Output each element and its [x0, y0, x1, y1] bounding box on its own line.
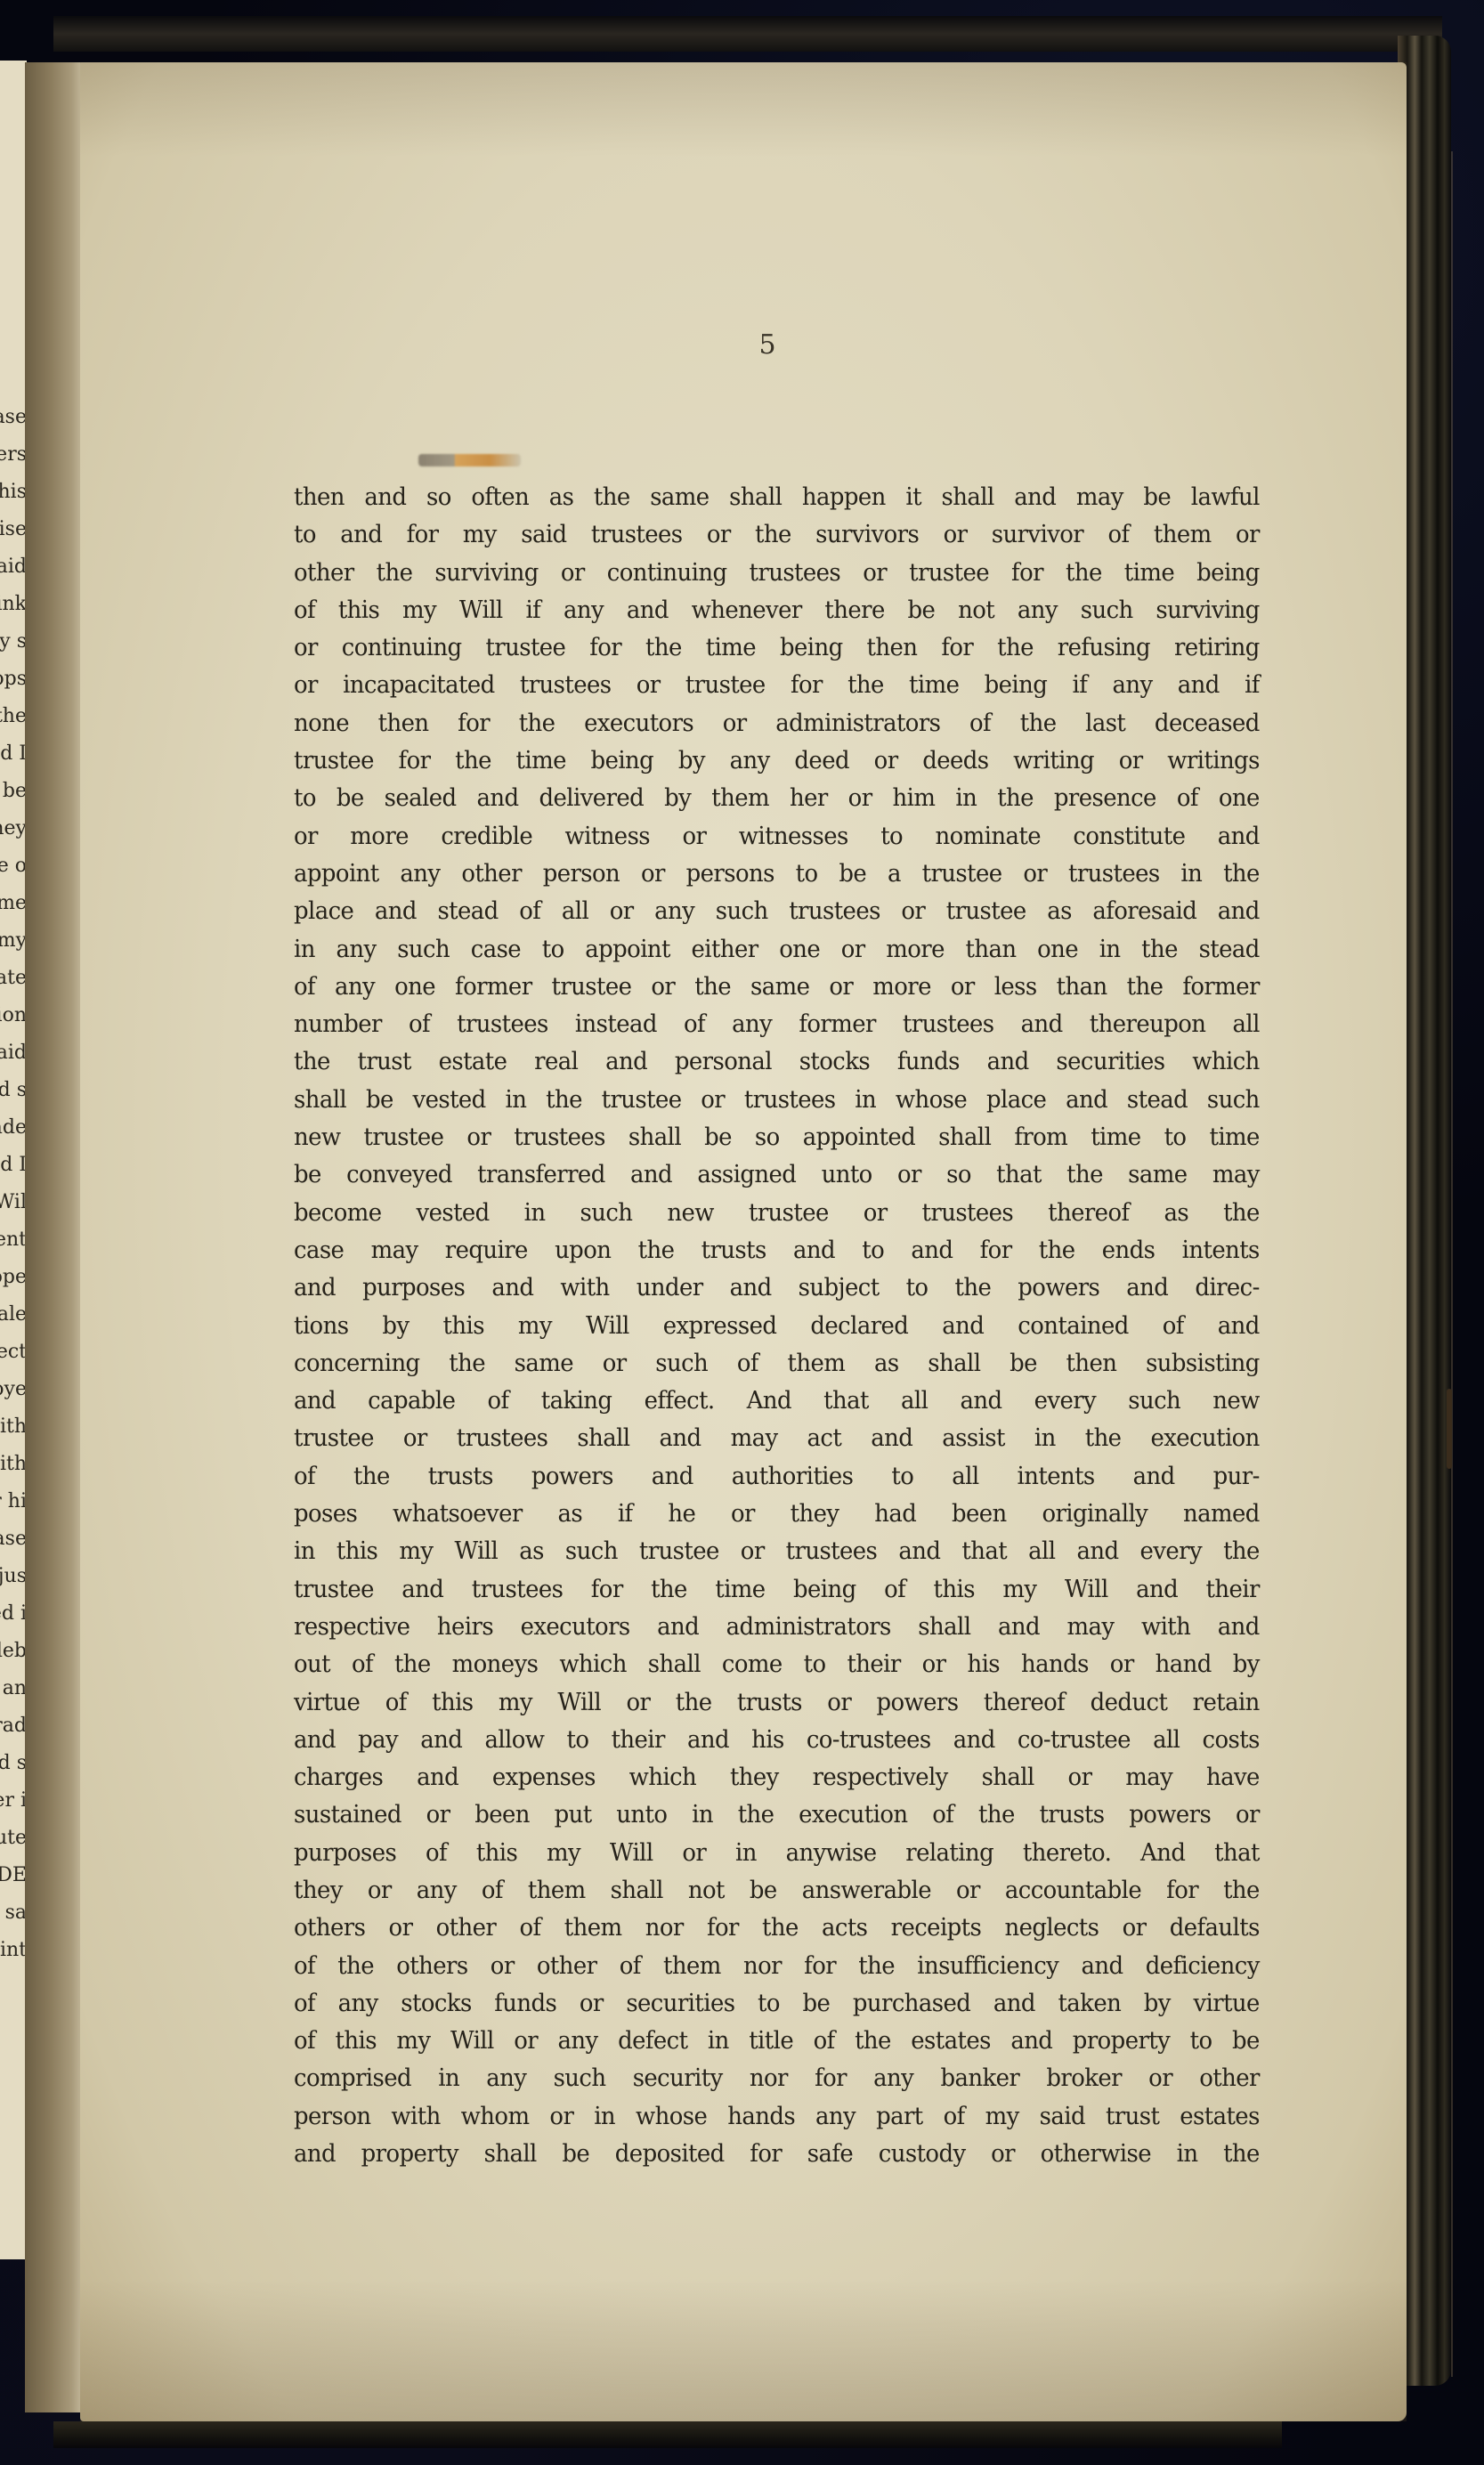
text-line: and purposes and with under and subject …	[294, 1269, 1260, 1307]
previous-page-line-fragment: sa	[0, 1894, 27, 1932]
previous-page-line-fragment: tion	[0, 997, 27, 1034]
previous-page-line-fragment: with	[0, 1408, 27, 1446]
text-line: of this my Will if any and whenever ther…	[294, 592, 1260, 629]
previous-page-line-fragment: vise.	[0, 511, 27, 548]
text-line: respective heirs executors and administr…	[294, 1609, 1260, 1646]
previous-page-text: easehersthisvise.saidhinky shopsthead Il…	[0, 399, 27, 1969]
gutter-shadow	[25, 62, 87, 2412]
previous-page-line-fragment: nd I	[0, 1147, 27, 1184]
previous-page-line-fragment: DE	[0, 1857, 27, 1894]
text-line: purposes of this my Will or in anywise r…	[294, 1835, 1260, 1872]
text-line: or incapacitated trustees or trustee for…	[294, 667, 1260, 704]
text-line: and pay and allow to their and his co-tr…	[294, 1722, 1260, 1759]
text-line: then and so often as the same shall happ…	[294, 479, 1260, 516]
previous-page-line-fragment: nase	[0, 1520, 27, 1558]
text-line: to be sealed and delivered by them her o…	[294, 780, 1260, 817]
previous-page-line-fragment: ope	[0, 1259, 27, 1296]
text-line: other the surviving or continuing truste…	[294, 555, 1260, 592]
previous-page-line-fragment: ed i	[0, 1595, 27, 1633]
text-line: and capable of taking effect. And that a…	[294, 1383, 1260, 1420]
text-line: of any one former trustee or the same or…	[294, 969, 1260, 1006]
previous-page-sliver: easehersthisvise.saidhinky shopsthead Il…	[0, 61, 27, 2259]
text-line: sustained or been put unto in the execut…	[294, 1796, 1260, 1834]
text-line: none then for the executors or administr…	[294, 705, 1260, 742]
text-line: they or any of them shall not be answera…	[294, 1872, 1260, 1910]
text-line: person with whom or in whose hands any p…	[294, 2098, 1260, 2136]
text-line: or more credible witness or witnesses to…	[294, 818, 1260, 855]
text-line: shall be vested in the trustee or truste…	[294, 1082, 1260, 1119]
previous-page-line-fragment: ad I	[0, 735, 27, 773]
previous-page-line-fragment: deb	[0, 1633, 27, 1670]
text-line: of the others or other of them nor for t…	[294, 1948, 1260, 1985]
previous-page-line-fragment: with	[0, 1446, 27, 1483]
previous-page-line-fragment: y s	[0, 623, 27, 661]
text-line: trustee and trustees for the time being …	[294, 1571, 1260, 1609]
text-line: to and for my said trustees or the survi…	[294, 516, 1260, 554]
text-line: in this my Will as such trustee or trust…	[294, 1533, 1260, 1570]
book-page: 5 then and so often as the same shall ha…	[80, 62, 1407, 2421]
text-line: of this my Will or any defect in title o…	[294, 2023, 1260, 2060]
previous-page-line-fragment: Wil	[0, 1184, 27, 1221]
previous-page-line-fragment: ame	[0, 885, 27, 922]
text-line: virtue of this my Will or the trusts or …	[294, 1684, 1260, 1722]
previous-page-line-fragment: int	[0, 1932, 27, 1969]
text-line: trustee for the time being by any deed o…	[294, 742, 1260, 780]
previous-page-line-fragment: r hi	[0, 1483, 27, 1520]
previous-page-line-fragment: ed s	[0, 1745, 27, 1782]
text-line: become vested in such new trustee or tru…	[294, 1195, 1260, 1232]
text-line: charges and expenses which they respecti…	[294, 1759, 1260, 1796]
previous-page-line-fragment: e o	[0, 847, 27, 885]
previous-page-line-fragment: d s	[0, 1072, 27, 1109]
previous-page-line-fragment: fect	[0, 1334, 27, 1371]
book-bottom-edge	[53, 2421, 1282, 2448]
page-edge-tear	[1447, 1389, 1452, 1469]
page-body-text: then and so often as the same shall happ…	[294, 479, 1300, 2173]
text-line: case may require upon the trusts and to …	[294, 1232, 1260, 1269]
previous-page-line-fragment: said	[0, 548, 27, 586]
page-fold-line	[1451, 151, 1453, 2377]
previous-page-line-fragment: s an	[0, 1670, 27, 1707]
previous-page-line-fragment: they	[0, 810, 27, 847]
previous-page-line-fragment: ease	[0, 399, 27, 436]
previous-page-line-fragment: ute	[0, 1820, 27, 1857]
text-line: others or other of them nor for the acts…	[294, 1910, 1260, 1947]
previous-page-line-fragment: hers	[0, 436, 27, 474]
text-line: in any such case to appoint either one o…	[294, 931, 1260, 969]
text-line: number of trustees instead of any former…	[294, 1006, 1260, 1043]
text-line: appoint any other person or persons to b…	[294, 855, 1260, 893]
text-line: out of the moneys which shall come to th…	[294, 1646, 1260, 1683]
previous-page-line-fragment: hink	[0, 586, 27, 623]
text-line: tions by this my Will expressed declared…	[294, 1308, 1260, 1345]
previous-page-line-fragment: ent	[0, 1221, 27, 1259]
book-top-edge	[53, 16, 1442, 52]
tape-stain-mark	[418, 454, 521, 466]
previous-page-line-fragment: er i	[0, 1782, 27, 1820]
text-line: be conveyed transferred and assigned unt…	[294, 1156, 1260, 1194]
previous-page-line-fragment: the	[0, 698, 27, 735]
text-line: of any stocks funds or securities to be …	[294, 1985, 1260, 2023]
text-line: and property shall be deposited for safe…	[294, 2136, 1260, 2173]
previous-page-line-fragment: this	[0, 474, 27, 511]
previous-page-line-fragment: hops	[0, 661, 27, 698]
text-line: place and stead of all or any such trust…	[294, 893, 1260, 930]
text-line: the trust estate real and personal stock…	[294, 1043, 1260, 1081]
page-number: 5	[750, 329, 785, 361]
previous-page-line-fragment: sale	[0, 1296, 27, 1334]
previous-page-line-fragment: tate	[0, 960, 27, 997]
text-line: trustee or trustees shall and may act an…	[294, 1420, 1260, 1457]
previous-page-line-fragment: oye	[0, 1371, 27, 1408]
text-line: of the trusts powers and authorities to …	[294, 1458, 1260, 1496]
text-line: comprised in any such security nor for a…	[294, 2060, 1260, 2097]
text-line: or continuing trustee for the time being…	[294, 629, 1260, 667]
previous-page-line-fragment: trad	[0, 1707, 27, 1745]
text-line: concerning the same or such of them as s…	[294, 1345, 1260, 1383]
text-line: poses whatsoever as if he or they had be…	[294, 1496, 1260, 1533]
previous-page-line-fragment: ljus	[0, 1558, 27, 1595]
previous-page-line-fragment: said	[0, 1034, 27, 1072]
previous-page-line-fragment: nade,	[0, 1109, 27, 1147]
text-line: new trustee or trustees shall be so appo…	[294, 1119, 1260, 1156]
previous-page-line-fragment: s my	[0, 922, 27, 960]
previous-page-line-fragment: ll be	[0, 773, 27, 810]
